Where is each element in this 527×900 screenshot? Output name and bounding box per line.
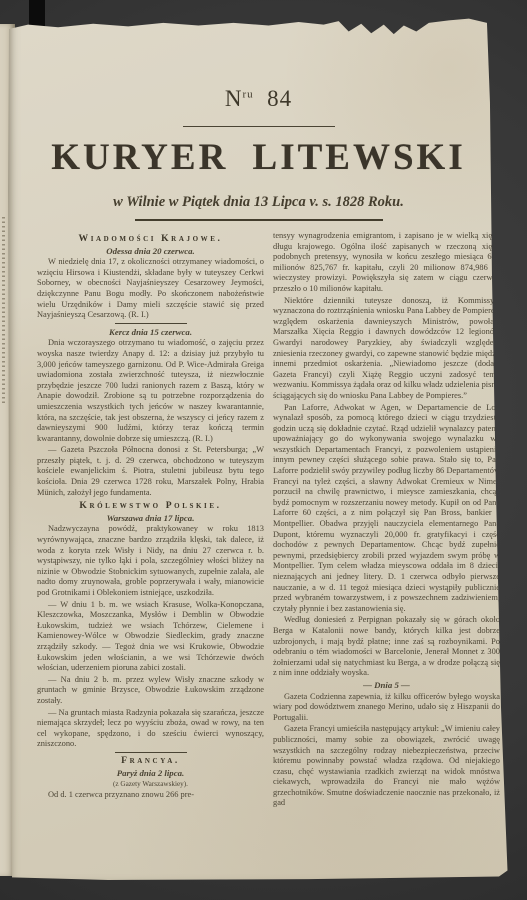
dateline-warszawa: Warszawa dnia 17 lipca.	[37, 513, 264, 524]
dateline-dnia-5: — Dnia 5 —	[273, 680, 500, 691]
issue-ordinal-suffix: ru	[242, 88, 253, 100]
adjacent-page-text-fragments	[2, 214, 5, 404]
section-header-wiadomosci-krajowe: Wiadomości Krajowe.	[37, 234, 264, 245]
section-header-francya: Francya.	[37, 756, 264, 767]
paragraph-szarancza: — Na gruntach miasta Radzynia pokazała s…	[37, 708, 264, 750]
paragraph-pszczola-polnocna: — Gazeta Pszczoła Północna donosi z St. …	[37, 445, 264, 498]
section-divider-2	[115, 752, 187, 753]
section-divider-1	[115, 323, 187, 324]
paragraph-gazeta-codzienna: Gazeta Codzienna zapewnia, iż kilku offi…	[273, 692, 500, 724]
issue-number-rule	[183, 126, 335, 127]
article-columns: Wiadomości Krajowe. Odessa dnia 20 czerw…	[37, 231, 500, 877]
paragraph-gazeta-francyi-weze: Gazeta Francyi umieściła następujący art…	[273, 724, 500, 809]
section-header-krolewstwo-polskie: Królewstwo Polskie.	[37, 501, 264, 512]
dateline-kercz: Kercz dnia 15 czerwca.	[37, 327, 264, 338]
source-note-gazeta-warszawska: (z Gazety Warszawskiey).	[37, 779, 264, 790]
dateline-odessa: Odessa dnia 20 czerwca.	[37, 246, 264, 257]
newspaper-page: Nru 84 KURYER LITEWSKI w Wilnie w Piątek…	[8, 16, 509, 880]
issue-number: Nru 84	[8, 86, 509, 112]
edition-dateline: w Wilnie w Piątek dnia 13 Lipca v. s. 18…	[8, 194, 509, 211]
left-column: Wiadomości Krajowe. Odessa dnia 20 czerw…	[37, 231, 264, 877]
paragraph-kercz: Dnia wczorayszego otrzymano tu wiadomość…	[37, 338, 264, 444]
masthead-title: KURYER LITEWSKI	[8, 136, 509, 179]
paragraph-pretensye-emigrantow: tensyy wynagrodzenia emigrantom, i zapis…	[273, 231, 500, 295]
issue-value: 84	[267, 86, 292, 111]
paragraph-perpignan-bandy: Według doniesień z Perpignan pokazały si…	[273, 615, 500, 679]
right-column: tensyy wynagrodzenia emigrantom, i zapis…	[273, 231, 500, 877]
masthead-rule	[135, 219, 383, 221]
paragraph-grady: — W dniu 1 b. m. we wsiach Krasuse, Wolk…	[37, 600, 264, 674]
paragraph-laforre-metoda: Pan Laforre, Adwokat w Agen, w Departame…	[273, 403, 500, 615]
issue-prefix: N	[225, 86, 243, 111]
paragraph-odessa: W niedzielę dnia 17, z okoliczności otrz…	[37, 257, 264, 321]
film-scan-mark	[29, 0, 45, 29]
paragraph-kommissya-labbey: Niektóre dzienniki tuteysze donoszą, iż …	[273, 296, 500, 402]
screenshot-root: { "window": { "background_color": "#3a3a…	[0, 0, 527, 900]
paragraph-powodz: Nadzwyczayna powódź, praktykowaney w rok…	[37, 524, 264, 598]
paragraph-wylew-wisly: — Na dniu 2 b. m. przez wylew Wisły znac…	[37, 675, 264, 707]
paragraph-francya-start: Od d. 1 czerwca przyznano znowu 266 pre-	[37, 790, 264, 801]
dateline-paryz: Paryż dnia 2 lipca.	[37, 768, 264, 779]
